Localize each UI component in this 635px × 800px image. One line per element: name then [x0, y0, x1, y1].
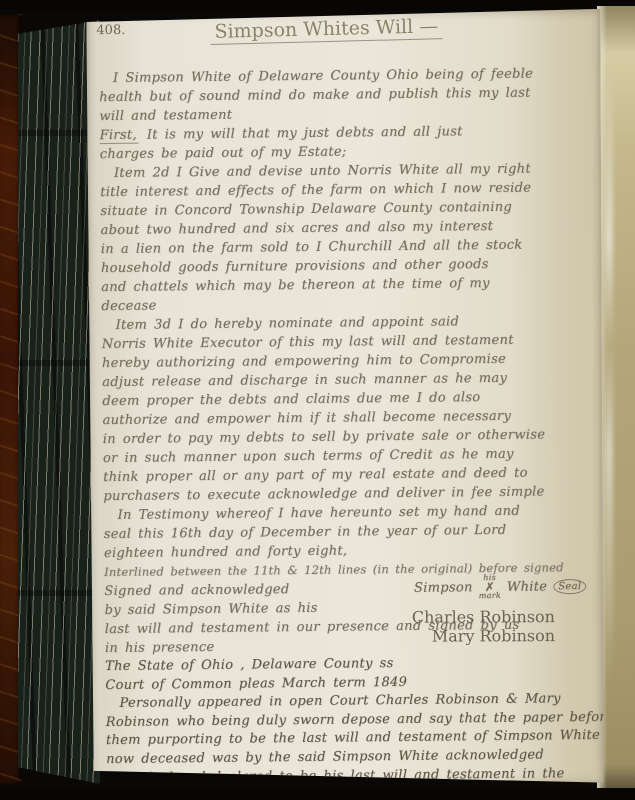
- seal-label: Seal: [553, 579, 586, 594]
- testator-signature: Simpson his ✗ mark White Seal: [414, 577, 587, 598]
- signature-first-name: Simpson: [414, 578, 473, 598]
- witness-name: Mary Robinson: [412, 626, 555, 646]
- photo-bottom-border: [0, 788, 635, 800]
- photo-top-border: [0, 0, 635, 10]
- line-lead: First,: [99, 128, 138, 144]
- manuscript-page: 408. Simpson Whites Will — I Simpson Whi…: [86, 9, 603, 791]
- will-body: I Simpson White of Delaware County Ohio …: [99, 64, 600, 582]
- signature-last-name: White: [507, 577, 548, 596]
- his-mark-word: mark: [479, 591, 501, 599]
- manuscript-content: I Simpson White of Delaware County Ohio …: [98, 12, 602, 788]
- court-record: The State of Ohio , Delaware County ssCo…: [105, 653, 602, 788]
- attestation-left-1: Signed and acknowledged: [104, 580, 289, 601]
- witness-signatures: Charles Robinson Mary Robinson: [412, 607, 555, 646]
- witness-name: Charles Robinson: [412, 607, 555, 627]
- his-mark: his ✗ mark: [478, 573, 501, 599]
- photo-background: 408. Simpson Whites Will — I Simpson Whi…: [0, 0, 635, 800]
